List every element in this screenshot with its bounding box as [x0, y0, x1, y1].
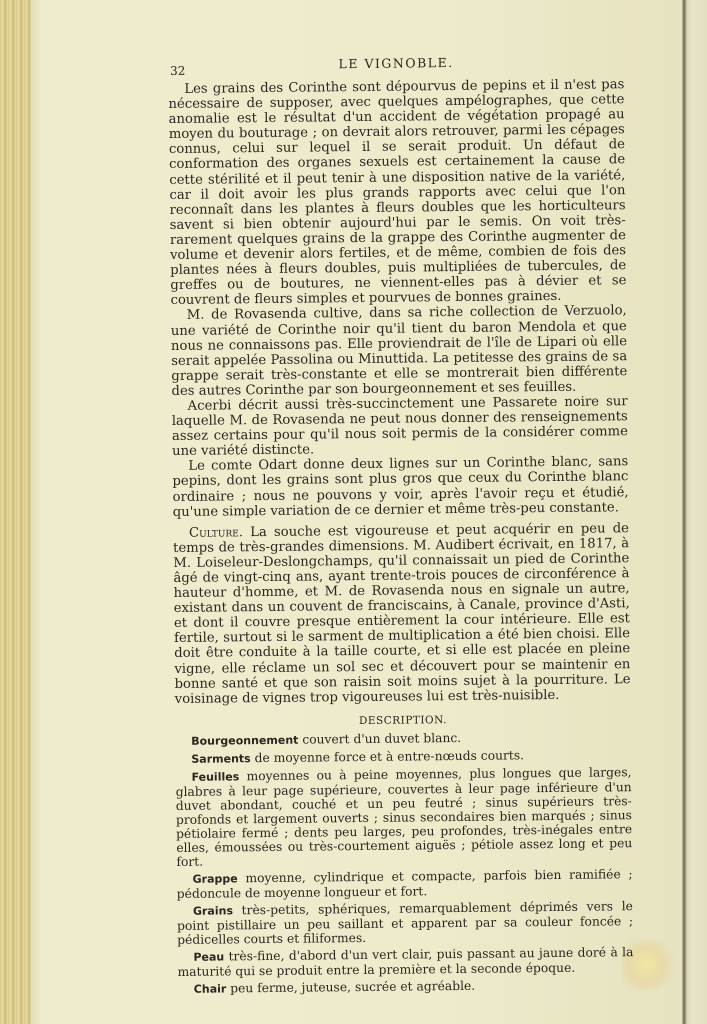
description-text: de moyenne force et à entre-nœuds courts…: [251, 748, 524, 765]
description-term: Grains: [193, 904, 233, 917]
description-text: peu ferme, juteuse, sucrée et agréable.: [226, 979, 475, 996]
page-text: 32 LE VIGNOBLE. Les grains des Corinthe …: [168, 53, 634, 1000]
description-item: Grains très-petits, sphériques, remarqua…: [177, 899, 633, 947]
paragraph: Les grains des Corinthe sont dépourvus d…: [168, 77, 626, 308]
description-term: Chair: [194, 982, 227, 995]
description-text: couvert d'un duvet blanc.: [298, 731, 461, 747]
description-item: Peau très-fine, d'abord d'un vert clair,…: [177, 945, 633, 979]
description-text: moyennes ou à peine moyennes, plus longu…: [176, 765, 633, 869]
culture-label: Culture.: [189, 525, 243, 541]
description-item: Chair peu ferme, juteuse, sucrée et agré…: [178, 977, 634, 997]
paragraph: Acerbi décrit aussi très-succinctement u…: [172, 394, 629, 459]
culture-text: La souche est vigoureuse et peut acquéri…: [173, 521, 631, 707]
description-list: Bourgeonnement couvert d'un duvet blanc.…: [175, 729, 634, 997]
description-item: Feuilles moyennes ou à peine moyennes, p…: [175, 765, 632, 869]
paragraph: M. de Rovasenda cultive, dans sa riche c…: [171, 304, 628, 399]
description-term: Feuilles: [191, 770, 239, 783]
description-text: très-fine, d'abord d'un vert clair, puis…: [177, 945, 633, 979]
description-item: Bourgeonnement couvert d'un duvet blanc.: [175, 729, 631, 749]
culture-paragraph: Culture. La souche est vigoureuse et peu…: [173, 521, 631, 707]
description-text: moyenne, cylindrique et compacte, parfoi…: [177, 867, 633, 901]
description-item: Sarments de moyenne force et à entre-nœu…: [175, 747, 631, 767]
description-term: Sarments: [191, 752, 250, 766]
description-text: très-petits, sphériques, remarquablement…: [177, 899, 633, 947]
book-binding: [0, 0, 30, 1024]
page-edge: [682, 0, 707, 1024]
description-term: Grappe: [193, 872, 238, 885]
running-head: 32 LE VIGNOBLE.: [168, 53, 624, 82]
description-term: Peau: [193, 950, 224, 963]
paragraph: Le comte Odart donne deux lignes sur un …: [172, 455, 629, 520]
description-item: Grappe moyenne, cylindrique et compacte,…: [177, 867, 633, 901]
description-heading: DESCRIPTION.: [175, 711, 631, 731]
description-term: Bourgeonnement: [191, 734, 298, 748]
